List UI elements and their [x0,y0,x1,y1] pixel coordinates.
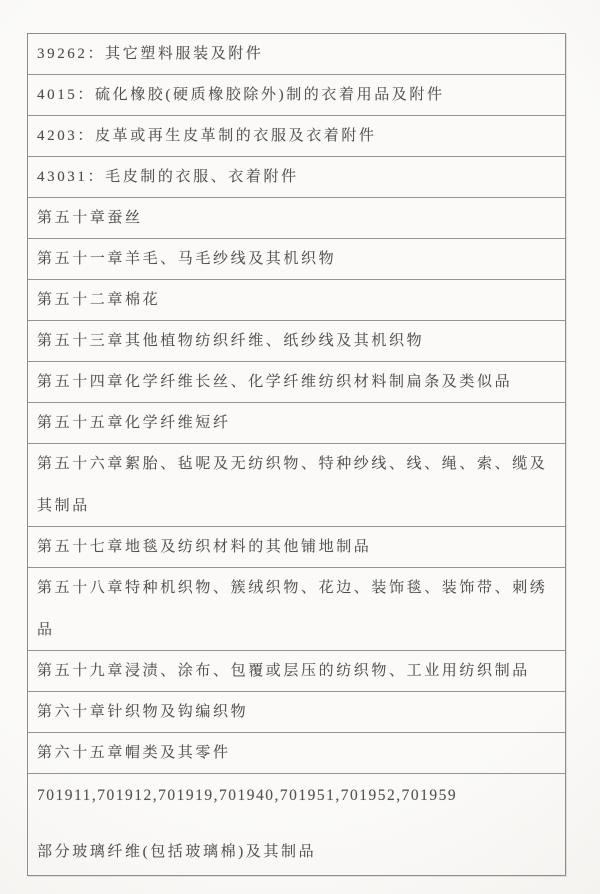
table-cell-line: 第五十六章絮胎、毡呢及无纺织物、特种纱线、线、绳、索、缆及 [37,454,556,474]
table-cell-line: 第六十章针织物及钩编织物 [37,702,556,722]
table-cell-line: 第五十四章化学纤维长丝、化学纤维纺织材料制扁条及类似品 [37,372,556,392]
table-cell-line: 4015：硫化橡胶(硬质橡胶除外)制的衣着用品及附件 [37,85,556,105]
table-cell-code-line: 701911,701912,701919,701940,701951,70195… [37,786,556,806]
table-cell-line: 4203：皮革或再生皮革制的衣服及衣着附件 [37,126,556,146]
table-row: 701911,701912,701919,701940,701951,70195… [28,774,565,875]
hs-code-table: 39262：其它塑料服装及附件4015：硫化橡胶(硬质橡胶除外)制的衣着用品及附… [27,33,566,876]
table-cell-line: 43031：毛皮制的衣服、衣着附件 [37,167,556,187]
table-cell-line: 第五十一章羊毛、马毛纱线及其机织物 [37,249,556,269]
table-cell-line: 第五十七章地毯及纺织材料的其他铺地制品 [37,537,556,557]
table-row: 第五十九章浸渍、涂布、包覆或层压的纺织物、工业用纺织制品 [28,651,565,692]
table-cell-line: 第六十五章帽类及其零件 [37,743,556,763]
table-row: 第五十七章地毯及纺织材料的其他铺地制品 [28,527,565,568]
table-row: 第五十八章特种机织物、簇绒织物、花边、装饰毯、装饰带、刺绣品 [28,568,565,651]
table-row: 第六十五章帽类及其零件 [28,733,565,774]
table-row: 第五十四章化学纤维长丝、化学纤维纺织材料制扁条及类似品 [28,362,565,403]
table-row: 4015：硫化橡胶(硬质橡胶除外)制的衣着用品及附件 [28,75,565,116]
scanned-document-page: 39262：其它塑料服装及附件4015：硫化橡胶(硬质橡胶除外)制的衣着用品及附… [0,0,600,894]
table-cell-line: 39262：其它塑料服装及附件 [37,44,556,64]
table-row: 43031：毛皮制的衣服、衣着附件 [28,157,565,198]
table-cell-line: 品 [37,620,556,640]
table-row: 4203：皮革或再生皮革制的衣服及衣着附件 [28,116,565,157]
table-cell-line: 第五十章蚕丝 [37,208,556,228]
table-row: 第五十二章棉花 [28,280,565,321]
table-cell-line: 第五十九章浸渍、涂布、包覆或层压的纺织物、工业用纺织制品 [37,661,556,681]
table-row: 第五十一章羊毛、马毛纱线及其机织物 [28,239,565,280]
table-row: 第五十章蚕丝 [28,198,565,239]
table-cell-line: 第五十二章棉花 [37,290,556,310]
table-row: 39262：其它塑料服装及附件 [28,34,565,75]
table-row: 第六十章针织物及钩编织物 [28,692,565,733]
table-cell-line: 部分玻璃纤维(包括玻璃棉)及其制品 [37,842,556,862]
table-cell-line: 第五十八章特种机织物、簇绒织物、花边、装饰毯、装饰带、刺绣 [37,578,556,598]
table-row: 第五十三章其他植物纺织纤维、纸纱线及其机织物 [28,321,565,362]
table-cell-line: 第五十五章化学纤维短纤 [37,413,556,433]
table-cell-line: 第五十三章其他植物纺织纤维、纸纱线及其机织物 [37,331,556,351]
table-row: 第五十五章化学纤维短纤 [28,403,565,444]
table-row: 第五十六章絮胎、毡呢及无纺织物、特种纱线、线、绳、索、缆及其制品 [28,444,565,527]
table-cell-line: 其制品 [37,496,556,516]
